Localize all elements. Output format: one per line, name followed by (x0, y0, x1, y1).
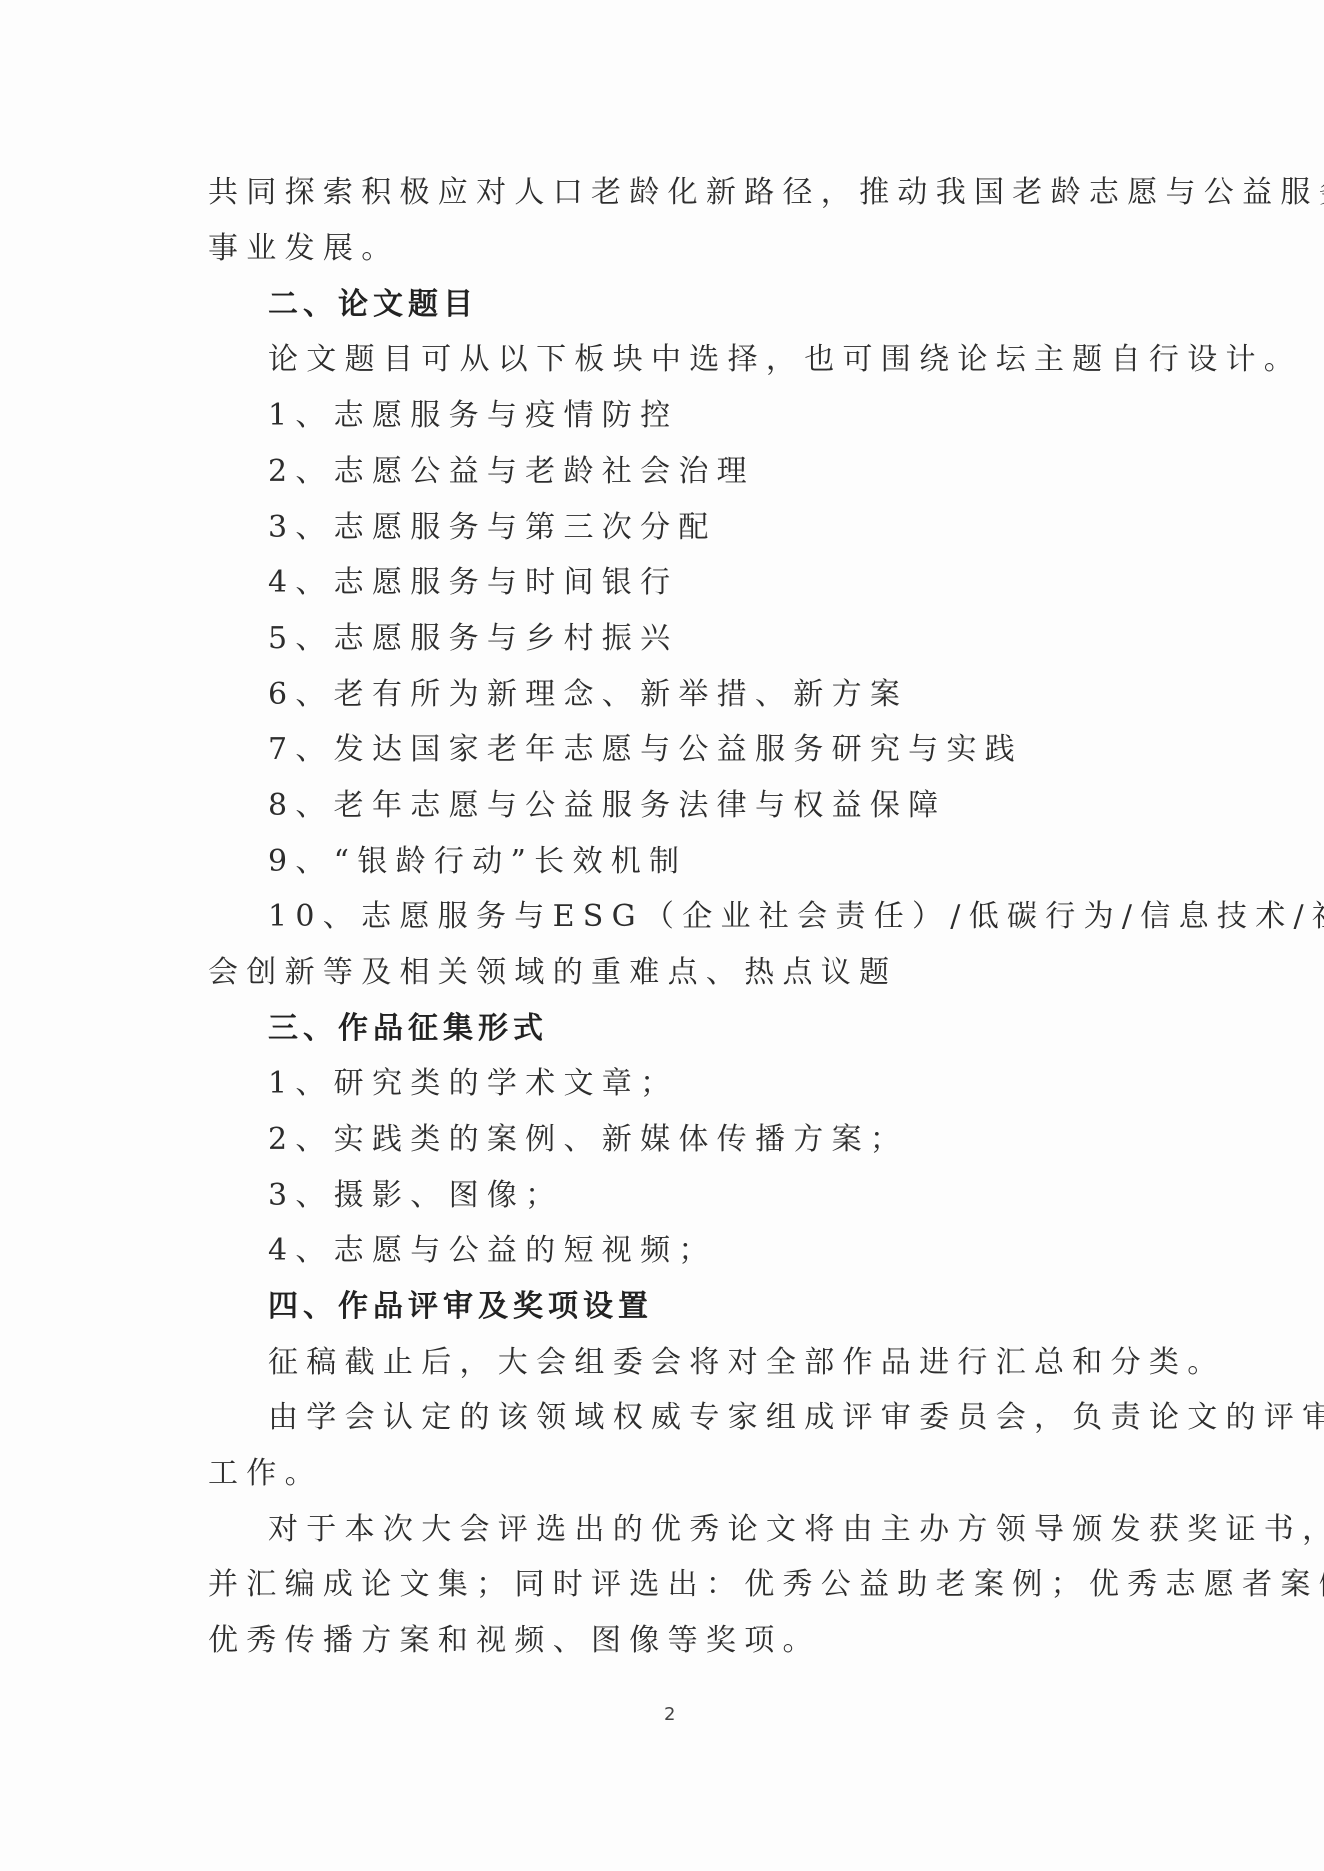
topic-list-item: 6、老有所为新理念、新举措、新方案 (268, 675, 908, 715)
document-page: 共同探索积极应对人口老龄化新路径，推动我国老龄志愿与公益服务 事业发展。 二、论… (0, 0, 1324, 1871)
section-heading-review-awards: 四、作品评审及奖项设置 (268, 1287, 653, 1327)
topic-list-item-continuation: 会创新等及相关领域的重难点、热点议题 (208, 953, 897, 993)
form-list-item: 4、志愿与公益的短视频； (268, 1231, 717, 1271)
section-heading-paper-topics: 二、论文题目 (268, 285, 478, 325)
paragraph-line: 并汇编成论文集；同时评选出：优秀公益助老案例；优秀志愿者案例； (208, 1565, 1324, 1605)
topic-list-item: 3、志愿服务与第三次分配 (268, 508, 717, 548)
topic-list-item: 1、志愿服务与疫情防控 (268, 396, 678, 436)
topic-list-item: 10、志愿服务与ESG（企业社会责任）/低碳行为/信息技术/社 (268, 897, 1324, 937)
section-heading-submission-forms: 三、作品征集形式 (268, 1009, 548, 1049)
paragraph-line: 对于本次大会评选出的优秀论文将由主办方领导颁发获奖证书， (268, 1510, 1324, 1550)
topic-list-item: 9、“银龄行动”长效机制 (268, 842, 687, 882)
page-number: 2 (664, 1704, 675, 1725)
paragraph-line: 工作。 (208, 1454, 323, 1494)
form-list-item: 2、实践类的案例、新媒体传播方案； (268, 1120, 908, 1160)
topic-list-item: 5、志愿服务与乡村振兴 (268, 619, 678, 659)
topic-list-item: 7、发达国家老年志愿与公益服务研究与实践 (268, 730, 1023, 770)
form-list-item: 1、研究类的学术文章； (268, 1064, 678, 1104)
paragraph-line: 事业发展。 (208, 229, 400, 269)
paragraph-line: 共同探索积极应对人口老龄化新路径，推动我国老龄志愿与公益服务 (208, 173, 1324, 213)
paragraph-line: 优秀传播方案和视频、图像等奖项。 (208, 1621, 821, 1661)
paragraph-line: 论文题目可从以下板块中选择，也可围绕论坛主题自行设计。 (268, 340, 1302, 380)
form-list-item: 3、摄影、图像； (268, 1176, 564, 1216)
paragraph-line: 由学会认定的该领域权威专家组成评审委员会，负责论文的评审 (268, 1398, 1324, 1438)
topic-list-item: 2、志愿公益与老龄社会治理 (268, 452, 755, 492)
topic-list-item: 8、老年志愿与公益服务法律与权益保障 (268, 786, 947, 826)
paragraph-line: 征稿截止后，大会组委会将对全部作品进行汇总和分类。 (268, 1343, 1226, 1383)
topic-list-item: 4、志愿服务与时间银行 (268, 563, 678, 603)
